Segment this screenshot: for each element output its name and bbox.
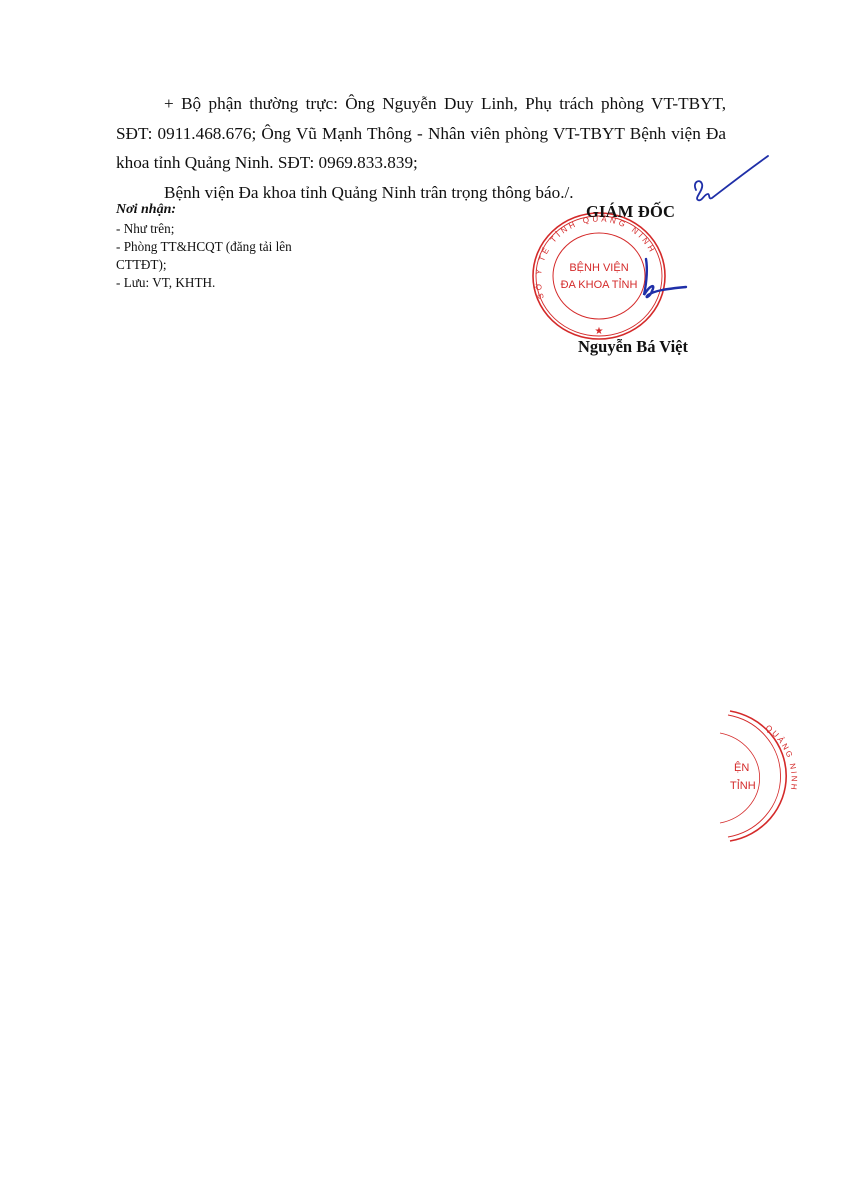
- svg-text:QUẢNG NINH: QUẢNG NINH: [764, 723, 799, 792]
- body-text: + Bộ phận thường trực: Ông Nguyễn Duy Li…: [116, 89, 726, 207]
- recipient-item: - Phòng TT&HCQT (đăng tải lên CTTĐT);: [116, 238, 336, 274]
- recipient-item: - Lưu: VT, KHTH.: [116, 274, 336, 292]
- svg-text:TỈNH: TỈNH: [730, 779, 756, 792]
- svg-text:BỆNH VIỆN: BỆNH VIỆN: [569, 261, 628, 274]
- recipients-block: Nơi nhận: - Như trên; - Phòng TT&HCQT (đ…: [116, 201, 336, 292]
- initial-signature-icon: [690, 150, 770, 210]
- document-page: + Bộ phận thường trực: Ông Nguyễn Duy Li…: [0, 0, 841, 1200]
- paragraph-contact-info: + Bộ phận thường trực: Ông Nguyễn Duy Li…: [116, 89, 726, 178]
- director-signature-icon: [640, 255, 690, 305]
- margin-seal-fragment-icon: QUẢNG NINH ỆN TỈNH: [700, 705, 810, 845]
- recipient-item: - Như trên;: [116, 220, 336, 238]
- signer-title: GIÁM ĐỐC: [586, 202, 675, 222]
- svg-text:ỆN: ỆN: [734, 761, 749, 774]
- svg-text:ĐA KHOA TỈNH: ĐA KHOA TỈNH: [561, 278, 638, 291]
- recipients-heading: Nơi nhận:: [116, 201, 336, 219]
- signer-name: Nguyễn Bá Việt: [578, 337, 688, 357]
- svg-text:★: ★: [595, 326, 604, 337]
